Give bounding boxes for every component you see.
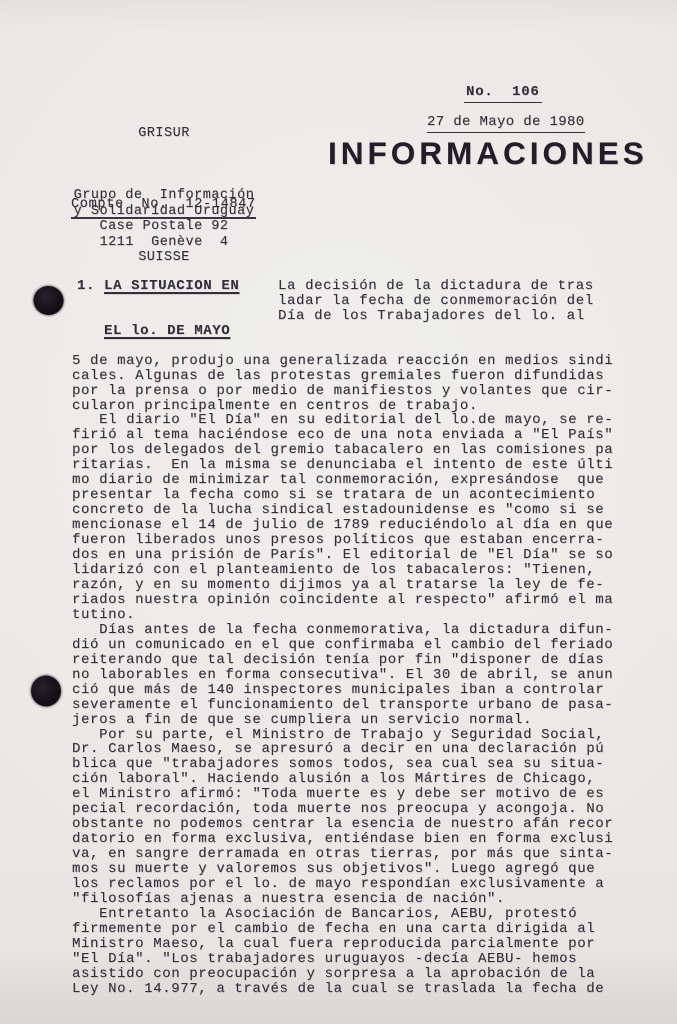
text-line: Ministro Maeso, la cual fuera reproducid… xyxy=(72,937,632,952)
text-line: riados nuestra opinión coincidente al re… xyxy=(72,593,632,608)
section-heading-row-1: 1.LA SITUACION EN xyxy=(77,279,240,294)
text-line: asistido con preocupación y sorpresa a l… xyxy=(72,967,632,982)
section-heading-row-2: EL lo. DE MAYO xyxy=(103,324,240,339)
text-line: "El Día". "Los trabajadores uruguayos -d… xyxy=(72,952,632,967)
text-line: La decisión de la dictadura de tras xyxy=(278,279,632,294)
text-line: mencionase el 14 de julio de 1789 reduci… xyxy=(72,518,632,533)
org-name: GRISUR xyxy=(64,126,264,142)
text-line: jeros a fin de que se cumpliera un servi… xyxy=(72,713,632,728)
org-address-line: Case Postale 92 xyxy=(64,219,264,235)
text-line: concreto de la lucha sindical estadounid… xyxy=(72,503,632,518)
section-heading-line-1: LA SITUACION EN xyxy=(103,278,240,294)
text-line: no laborables en forma consecutiva". El … xyxy=(72,668,632,683)
text-line: dió un comunicado en el que confirmaba e… xyxy=(72,638,632,653)
text-line: ladar la fecha de conmemoración del xyxy=(278,294,632,309)
text-line: dos en una prisión de París". El editori… xyxy=(72,548,632,563)
hole-punch-mark xyxy=(32,284,66,317)
text-line: firmemente por el cambio de fecha en una… xyxy=(72,922,632,937)
text-line: Ley No. 14.977, a través de la cual se t… xyxy=(72,982,632,997)
text-line: fueron liberados unos presos políticos q… xyxy=(72,533,632,548)
text-line: datorio en forma exclusiva, entiéndase b… xyxy=(72,832,632,847)
text-line: tutino. xyxy=(72,608,632,623)
document-page: GRISUR Grupo de Informacióny Solidaridad… xyxy=(0,0,677,1024)
issue-number: No. 106 xyxy=(464,84,542,103)
body-column: 5 de mayo, produjo una generalizada reac… xyxy=(72,354,632,997)
text-line: mo diario de minimizar tal conmemoración… xyxy=(72,473,632,488)
section-heading-line-2: EL lo. DE MAYO xyxy=(103,323,231,339)
text-line: mos su muerte y valoremos sus objetivos"… xyxy=(72,862,632,877)
org-address-line: 1211 Genève 4 xyxy=(64,235,264,251)
text-line: los reclamos por el lo. de mayo respondí… xyxy=(72,877,632,892)
issue-date: 27 de Mayo de 1980 xyxy=(427,114,585,133)
text-line: obstante no podemos centrar la esencia d… xyxy=(72,817,632,832)
text-line: Día de los Trabajadores del lo. al xyxy=(278,309,632,324)
section-heading: 1.LA SITUACION EN EL lo. DE MAYO xyxy=(77,249,240,369)
text-line: presentar la fecha como si se tratara de… xyxy=(72,488,632,503)
text-line: Entretanto la Asociación de Bancarios, A… xyxy=(72,907,632,922)
text-line: ció que más de 140 inspectores municipal… xyxy=(72,683,632,698)
text-line: severamente el funcionamiento del transp… xyxy=(72,698,632,713)
text-line: razón, y en su momento dijimos ya al tra… xyxy=(72,578,632,593)
article: 1.LA SITUACION EN EL lo. DE MAYO La deci… xyxy=(72,249,632,1024)
text-line: por la prensa o por medio de manifiestos… xyxy=(72,384,632,399)
text-line: cales. Algunas de las protestas gremiale… xyxy=(72,369,632,384)
account-number: Compte No. 12-14847 xyxy=(71,197,256,219)
hole-punch-mark xyxy=(29,674,62,708)
bulletin-title: INFORMACIONES xyxy=(328,135,648,172)
text-line: lidarizó con el planteamiento de los tab… xyxy=(72,563,632,578)
text-line: va, en sangre derramada en otras tierras… xyxy=(72,847,632,862)
text-line: "filosofías ajenas a nuestra esencia de … xyxy=(72,892,632,907)
section-number: 1. xyxy=(77,278,95,294)
text-line: reiterando que tal decisión tenía por fi… xyxy=(72,653,632,668)
text-line: pecial recordación, toda muerte nos preo… xyxy=(72,802,632,817)
text-line: Días antes de la fecha conmemorativa, la… xyxy=(72,623,632,638)
